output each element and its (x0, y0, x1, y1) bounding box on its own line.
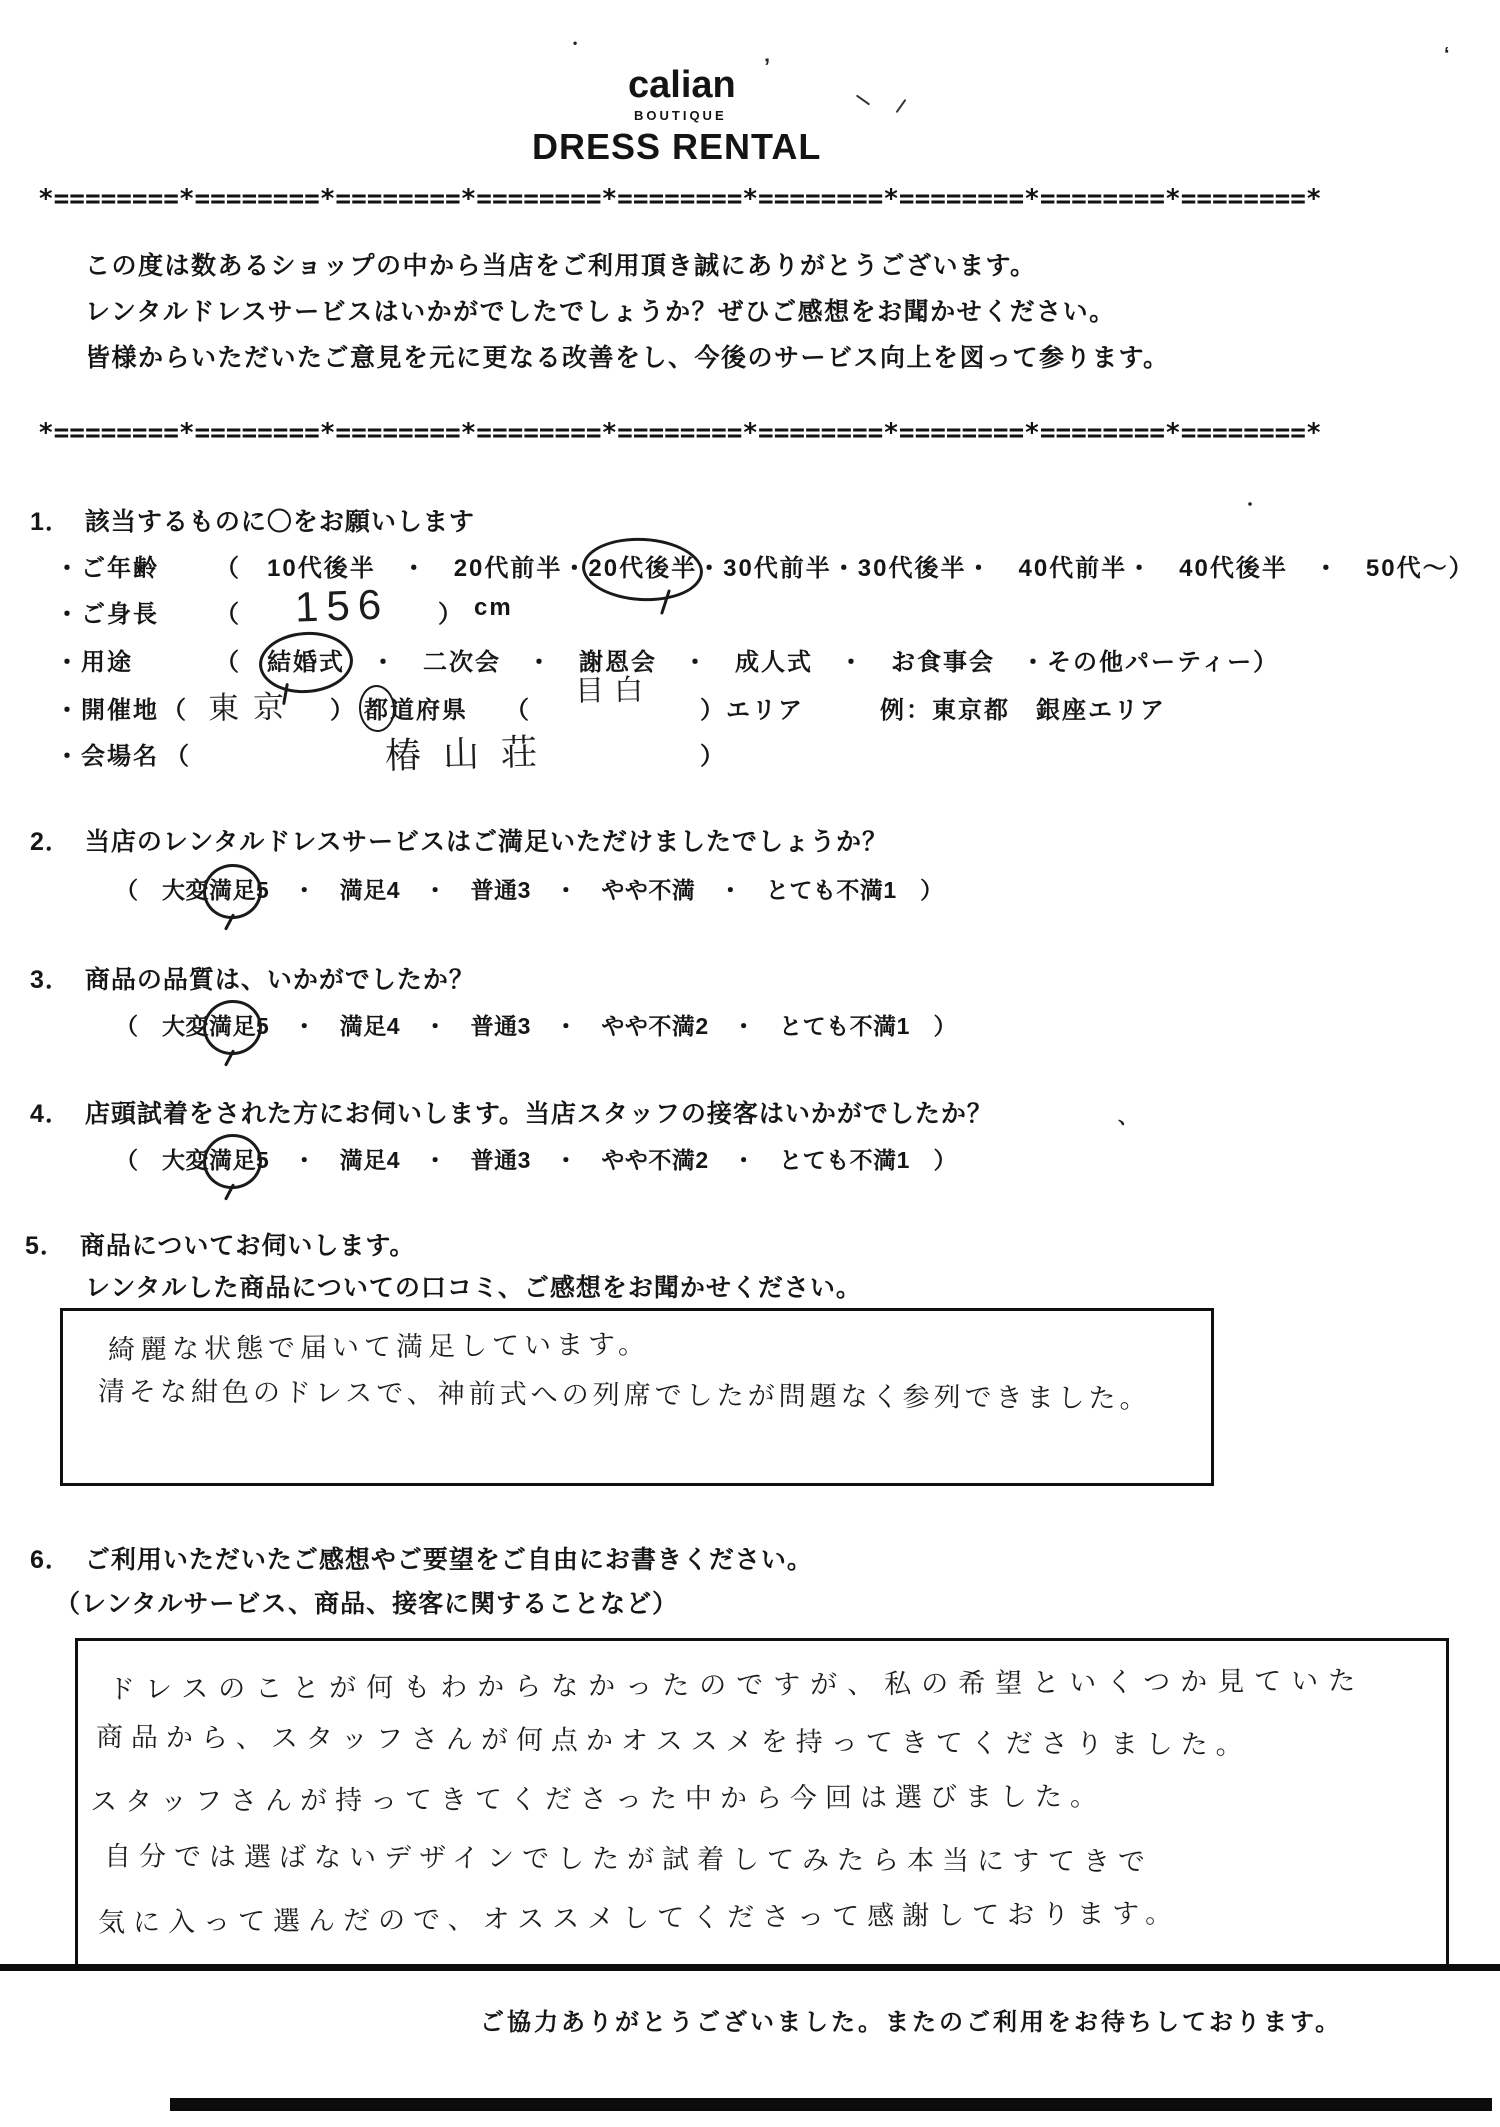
question-5-title: 商品についてお伺いします。 (80, 1232, 416, 1260)
q5-handwritten-line-2: 清そな紺色のドレスで、神前式への列席でしたが問題なく参列できました。 (98, 1369, 1151, 1415)
page-title: DRESS RENTAL (532, 126, 821, 168)
question-1-title: 該当するものに〇をお願いします (85, 508, 475, 536)
q6-handwritten-line-1: ドレスのことが何もわからなかったのですが、私の希望といくつか見ていた (108, 1659, 1365, 1707)
place-mid-text: 道府県 (390, 697, 468, 724)
q3-options-rest: ・ 満足4 ・ 普通3 ・ やや不満2 ・ とても不満1 ） (269, 1013, 957, 1039)
question-4-title: 店頭試着をされた方にお伺いします。当店スタッフの接客はいかがでしたか？ (85, 1100, 993, 1128)
q2-options-open: （ 大変 (115, 877, 209, 903)
question-3-title: 商品の品質は、いかがでしたか？ (85, 966, 475, 994)
place-example: 例：東京都 銀座エリア (880, 690, 1166, 725)
question-3-options: （ 大変満足5 ・ 満足4 ・ 普通3 ・ やや不満2 ・ とても不満1 ） (115, 1008, 957, 1041)
venue-paren-open: （ (165, 736, 191, 771)
scan-artifact-bar (170, 2098, 1492, 2111)
q3-circled-option: 満足 (209, 1008, 256, 1041)
height-paren-close: ） (438, 594, 464, 629)
pen-mark-comma: 、 (1118, 1100, 1138, 1129)
intro-line-3: 皆様からいただいたご意見を元に更なる改善をし、今後のサービス向上を図って参ります… (85, 338, 1170, 374)
question-6-title: ご利用いただいたご感想やご要望をご自由にお書きください。 (85, 1546, 813, 1574)
purpose-circled-option: 結婚式 (267, 642, 345, 677)
question-2-heading: 2．当店のレンタルドレスサービスはご満足いただけましたでしょうか？ (30, 822, 888, 858)
q3-options-open: （ 大変 (115, 1013, 209, 1039)
q2-options-rest: ・ 満足4 ・ 普通3 ・ やや不満 ・ とても不満1 ） (269, 877, 943, 903)
place-paren-close-2: ）エリア (700, 690, 804, 725)
pen-mark-tick-right (896, 99, 907, 113)
q5-answer-box: 綺麗な状態で届いて満足しています。 清そな紺色のドレスで、神前式への列席でしたが… (60, 1308, 1214, 1486)
age-options-pre: （ 10代後半 ・ 20代前半・ (215, 555, 588, 582)
place-paren-open-1: （ (162, 690, 188, 725)
scan-line-box-bottom (0, 1964, 1500, 1971)
age-options-post: ・30代前半・30代後半・ 40代前半・ 40代後半 ・ 50代～） (697, 555, 1474, 582)
place-handwritten-prefecture: 東京 (208, 681, 299, 728)
question-1-number: 1． (30, 508, 71, 536)
question-6-subtitle: （レンタルサービス、商品、接客に関することなど） (55, 1584, 678, 1620)
question-6-number: 6． (30, 1546, 71, 1574)
q6-handwritten-line-3: スタッフさんが持ってきてくださった中から今回は選びました。 (90, 1774, 1105, 1818)
purpose-options: （ 結婚式 ・ 二次会 ・ 謝恩会 ・ 成人式 ・ お食事会 ・その他パーティー… (215, 642, 1279, 677)
place-paren-open-2: （ (505, 690, 531, 725)
hand-drawn-circle (581, 535, 705, 604)
place-prefecture-suffix: 都道府県 (364, 690, 468, 725)
pen-mark-dot-mid: ・ (1242, 492, 1258, 515)
q4-options-rest: ・ 満足4 ・ 普通3 ・ やや不満2 ・ とても不満1 ） (269, 1147, 957, 1173)
height-unit: cm (474, 594, 513, 622)
question-5-subtitle: レンタルした商品についての口コミ、ご感想をお聞かせください。 (85, 1268, 862, 1304)
hand-drawn-circle (358, 684, 396, 733)
age-label: ・ご年齢 (55, 548, 159, 583)
q5-handwritten-line-1: 綺麗な状態で届いて満足しています。 (108, 1322, 650, 1367)
pen-mark-apostrophe: ’ (764, 54, 770, 80)
intro-line-1: この度は数あるショップの中から当店をご利用頂き誠にありがとうございます。 (85, 246, 1037, 282)
question-2-number: 2． (30, 828, 71, 856)
height-label: ・ご身長 (55, 594, 159, 629)
height-paren-open: （ (215, 594, 241, 629)
question-5-heading: 5．商品についてお伺いします。 (25, 1226, 415, 1262)
question-5-number: 5． (25, 1232, 66, 1260)
place-label: ・開催地 (55, 690, 159, 725)
q6-handwritten-line-2: 商品から、スタッフさんが何点かオススメを持ってきてくださりました。 (96, 1715, 1251, 1762)
pen-mark-tick-left (856, 95, 870, 106)
place-handwritten-area: 目白 (575, 667, 654, 709)
question-3-heading: 3．商品の品質は、いかがでしたか？ (30, 960, 475, 996)
question-1-heading: 1．該当するものに〇をお願いします (30, 502, 475, 538)
place-paren-close-1: ） (330, 690, 356, 725)
pen-mark-quote-right: ‘ (1444, 44, 1450, 67)
purpose-options-post: ・ 二次会 ・ 謝恩会 ・ 成人式 ・ お食事会 ・その他パーティー） (345, 649, 1279, 676)
pen-mark-dot-top: • (573, 36, 577, 50)
height-handwritten-value: 156 (294, 580, 390, 631)
q4-options-open: （ 大変 (115, 1147, 209, 1173)
q4-circled-option: 満足 (209, 1142, 256, 1175)
question-4-options: （ 大変満足5 ・ 満足4 ・ 普通3 ・ やや不満2 ・ とても不満1 ） (115, 1142, 957, 1175)
question-4-number: 4． (30, 1100, 71, 1128)
age-circled-option: 20代後半 (588, 548, 697, 583)
question-2-options: （ 大変満足5 ・ 満足4 ・ 普通3 ・ やや不満 ・ とても不満1 ） (115, 872, 944, 905)
q6-handwritten-line-4: 自分では選ばないデザインでしたが試着してみたら本当にすてきで (104, 1834, 1153, 1878)
place-circled-to: 都 (364, 690, 390, 725)
divider-bottom: *========*========*========*========*===… (38, 418, 1322, 448)
shop-logo: calian (628, 64, 736, 107)
venue-handwritten-value: 椿山荘 (384, 724, 559, 780)
question-4-heading: 4．店頭試着をされた方にお伺いします。当店スタッフの接客はいかがでしたか？ (30, 1094, 993, 1130)
age-options: （ 10代後半 ・ 20代前半・20代後半・30代前半・30代後半・ 40代前半… (215, 548, 1475, 583)
q2-circled-option: 満足 (209, 872, 256, 905)
divider-top: *========*========*========*========*===… (38, 184, 1322, 214)
footer-thanks-text: ご協力ありがとうございました。またのご利用をお待ちしております。 (480, 2002, 1342, 2037)
scanned-questionnaire-page: • ’ ‘ ・ 、 calian BOUTIQUE DRESS RENTAL *… (0, 0, 1500, 2127)
venue-label: ・会場名 (55, 736, 159, 771)
question-6-heading: 6．ご利用いただいたご感想やご要望をご自由にお書きください。 (30, 1540, 813, 1576)
intro-line-2: レンタルドレスサービスはいかがでしたでしょうか？ぜひご感想をお聞かせください。 (85, 292, 1116, 328)
shop-logo-subtitle: BOUTIQUE (634, 108, 727, 123)
question-2-title: 当店のレンタルドレスサービスはご満足いただけましたでしょうか？ (85, 828, 888, 856)
q6-answer-box: ドレスのことが何もわからなかったのですが、私の希望といくつか見ていた 商品から、… (75, 1638, 1449, 1967)
venue-paren-close: ） (700, 736, 726, 771)
q6-handwritten-line-5: 気に入って選んだので、オススメしてくださって感謝しております。 (98, 1891, 1180, 1939)
purpose-label: ・用途 (55, 642, 133, 677)
question-3-number: 3． (30, 966, 71, 994)
